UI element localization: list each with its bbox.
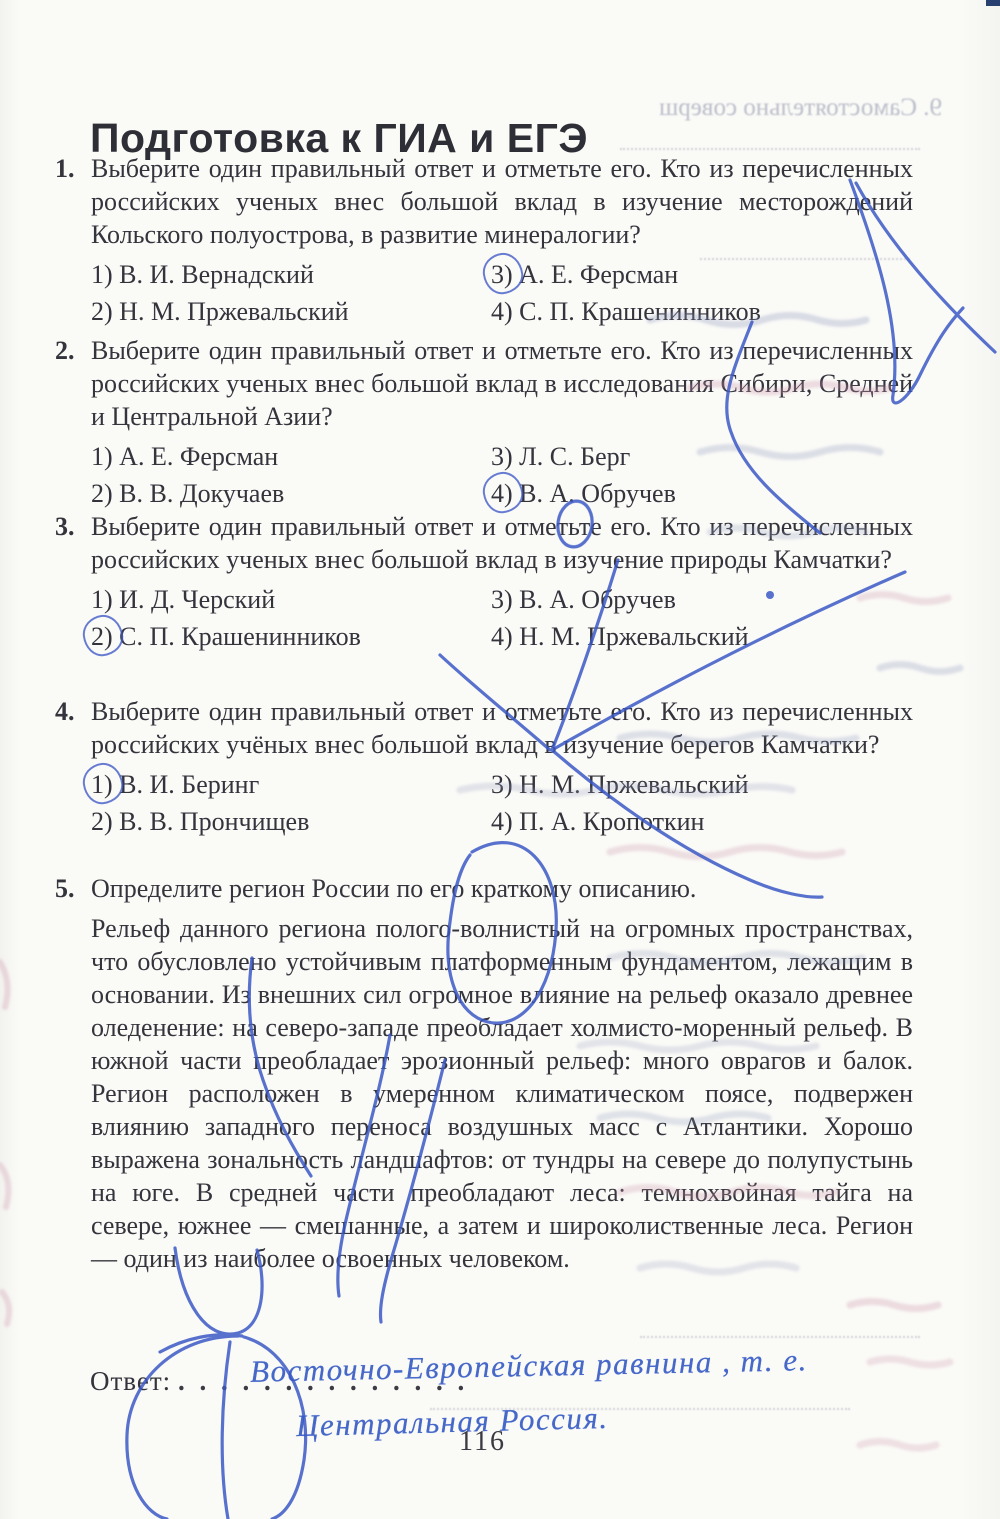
question-number: 5.: [55, 872, 91, 905]
option-label: Л. С. Берг: [513, 442, 631, 471]
options-grid: 1) В. И. Беринг3) Н. М. Пржевальский2) В…: [91, 768, 913, 838]
option-number: 1): [91, 583, 113, 616]
handwritten-answer-line1: Восточно-Европейская равнина , т. е.: [250, 1342, 808, 1390]
option-number: 1): [91, 768, 113, 801]
scan-corner-artifact: [986, 0, 1000, 6]
bleedthrough-dotted-line: [640, 1336, 920, 1338]
option-number: 1): [91, 258, 113, 291]
option-label: С. П. Крашенинников: [113, 622, 361, 651]
option-label: П. А. Кропоткин: [513, 807, 705, 836]
options-grid: 1) В. И. Вернадский3) А. Е. Ферсман2) Н.…: [91, 258, 913, 328]
question-block: 3. Выберите один правильный ответ и отме…: [55, 510, 913, 653]
option-number: 4): [491, 295, 513, 328]
option-number: 3): [491, 768, 513, 801]
option-number: 2): [91, 620, 113, 653]
option-item: 2) Н. М. Пржевальский: [91, 295, 491, 328]
scanned-workbook-page: 9. Самостоятельно соверш Подготовка к ГИ…: [0, 0, 1000, 1519]
option-number: 1): [91, 440, 113, 473]
question-text: Выберите один правильный ответ и отметьт…: [91, 152, 913, 251]
option-label: Н. М. Пржевальский: [513, 622, 749, 651]
option-item: 1) А. Е. Ферсман: [91, 440, 491, 473]
option-item: 2) В. В. Докучаев: [91, 477, 491, 510]
option-label: В. И. Беринг: [113, 770, 260, 799]
option-label: В. В. Докучаев: [113, 479, 285, 508]
question-text: Выберите один правильный ответ и отметьт…: [91, 334, 913, 433]
option-item: 4) В. А. Обручев: [491, 477, 913, 510]
question-block: 2. Выберите один правильный ответ и отме…: [55, 334, 913, 510]
question-text: Определите регион России по его краткому…: [91, 872, 913, 905]
option-number: 3): [491, 440, 513, 473]
question-number: 3.: [55, 510, 91, 543]
option-label: В. И. Вернадский: [113, 260, 314, 289]
option-number: 2): [91, 805, 113, 838]
question-number: 4.: [55, 695, 91, 728]
question-block: 1. Выберите один правильный ответ и отме…: [55, 152, 913, 328]
question-text: Выберите один правильный ответ и отметьт…: [91, 695, 913, 761]
question-number: 2.: [55, 334, 91, 367]
option-item: 4) П. А. Кропоткин: [491, 805, 913, 838]
option-label: В. В. Прончищев: [113, 807, 310, 836]
option-item: 1) В. И. Беринг: [91, 768, 491, 801]
option-label: Н. М. Пржевальский: [513, 770, 749, 799]
question-description: Рельеф данного региона полого-волнистый …: [91, 912, 913, 1275]
answer-label: Ответ:: [90, 1366, 171, 1396]
option-label: А. Е. Ферсман: [513, 260, 679, 289]
option-label: А. Е. Ферсман: [113, 442, 279, 471]
question-number: 1.: [55, 152, 91, 185]
options-grid: 1) И. Д. Черский3) В. А. Обручев2) С. П.…: [91, 583, 913, 653]
option-item: 4) С. П. Крашенинников: [491, 295, 913, 328]
option-number: 2): [91, 295, 113, 328]
option-label: В. А. Обручев: [513, 585, 676, 614]
options-grid: 1) А. Е. Ферсман3) Л. С. Берг2) В. В. До…: [91, 440, 913, 510]
page-number: 116: [0, 1426, 965, 1458]
option-label: В. А. Обручев: [513, 479, 676, 508]
option-item: 1) В. И. Вернадский: [91, 258, 491, 291]
option-number: 3): [491, 583, 513, 616]
question-block: 5. Определите регион России по его кратк…: [55, 872, 913, 1282]
option-number: 4): [491, 620, 513, 653]
option-label: С. П. Крашенинников: [513, 297, 761, 326]
option-item: 2) С. П. Крашенинников: [91, 620, 491, 653]
option-number: 3): [491, 258, 513, 291]
option-item: 3) Н. М. Пржевальский: [491, 768, 913, 801]
option-number: 4): [491, 805, 513, 838]
question-block: 4. Выберите один правильный ответ и отме…: [55, 695, 913, 838]
option-item: 2) В. В. Прончищев: [91, 805, 491, 838]
question-text: Выберите один правильный ответ и отметьт…: [91, 510, 913, 576]
option-number: 4): [491, 477, 513, 510]
option-item: 3) Л. С. Берг: [491, 440, 913, 473]
option-number: 2): [91, 477, 113, 510]
option-item: 4) Н. М. Пржевальский: [491, 620, 913, 653]
option-item: 3) В. А. Обручев: [491, 583, 913, 616]
option-label: Н. М. Пржевальский: [113, 297, 349, 326]
option-item: 3) А. Е. Ферсман: [491, 258, 913, 291]
option-item: 1) И. Д. Черский: [91, 583, 491, 616]
option-label: И. Д. Черский: [113, 585, 275, 614]
